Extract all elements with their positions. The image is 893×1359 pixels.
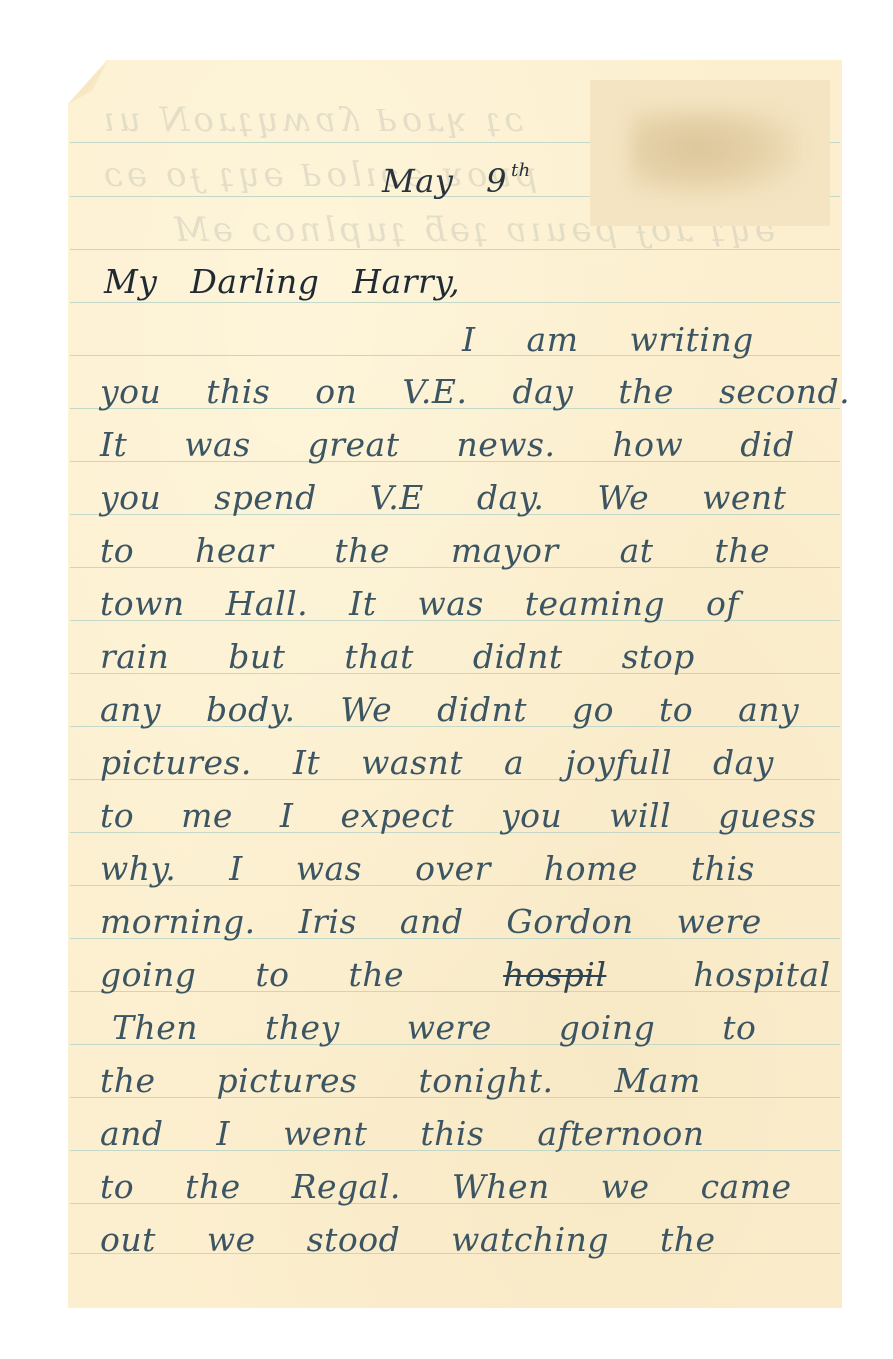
struck-word: hospil xyxy=(503,955,606,994)
show-through-texture: ɔʇ ʞɹoԀ ʎɐʍɥʇɹoN uı xyxy=(100,100,523,140)
salutation: My Darling Harry, xyxy=(104,262,460,301)
body-line: and I went this afternoon xyxy=(100,1114,705,1153)
body-line: I am writing xyxy=(462,320,754,359)
body-line-text: going to the xyxy=(100,955,404,994)
body-line: any body. We didnt go to any xyxy=(100,690,799,729)
body-line: you this on V.E. day the second. xyxy=(100,372,850,411)
body-line: you spend V.E day. We went xyxy=(100,478,786,517)
corrected-word: hospital xyxy=(693,955,830,994)
redacted-address-block xyxy=(590,80,830,226)
date-suffix: th xyxy=(511,160,531,181)
body-line: Then they were going to xyxy=(112,1008,756,1047)
body-line: pictures. It wasnt a joyfull day xyxy=(100,743,774,782)
body-line: to the Regal. When we came xyxy=(100,1167,792,1206)
body-line: going to the hospil hospital xyxy=(100,955,831,994)
body-line: to hear the mayor at the xyxy=(100,531,770,570)
body-line: rain but that didnt stop xyxy=(100,637,695,676)
ruled-line xyxy=(70,302,840,303)
body-line: out we stood watching the xyxy=(100,1220,716,1259)
body-line: why. I was over home this xyxy=(100,849,755,888)
body-line: to me I expect you will guess xyxy=(100,796,816,835)
body-line: the pictures tonight. Mam xyxy=(100,1061,701,1100)
salutation-text: My Darling Harry, xyxy=(104,262,460,301)
letter-date: May 9th xyxy=(382,160,531,200)
body-line: town Hall. It was teaming of xyxy=(100,584,739,623)
body-line: morning. Iris and Gordon were xyxy=(100,902,762,941)
date-text: May 9 xyxy=(382,162,507,200)
body-line: It was great news. how did xyxy=(100,425,795,464)
